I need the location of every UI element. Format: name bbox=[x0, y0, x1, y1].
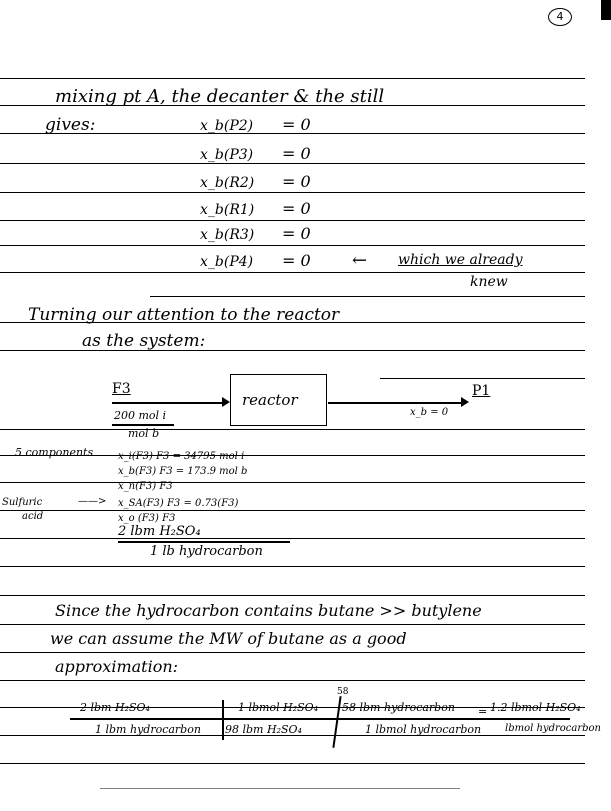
acid-label: acid bbox=[22, 512, 43, 522]
intro-line-1: mixing pt A, the decanter & the still bbox=[55, 88, 384, 106]
equation-rhs: = 0 bbox=[282, 174, 311, 190]
equation-lhs: x_b(P4) bbox=[200, 255, 253, 269]
ruled-line bbox=[0, 429, 585, 430]
calc-numerator: 58 lbm hydrocarbon bbox=[342, 702, 455, 713]
calc-fraction-bar bbox=[70, 718, 570, 720]
ruled-line bbox=[0, 245, 585, 246]
equation-rhs: = 0 bbox=[282, 226, 311, 242]
ruled-line bbox=[0, 680, 585, 681]
ruled-line bbox=[0, 595, 585, 596]
ruled-line bbox=[0, 163, 585, 164]
notebook-page: 4 mixing pt A, the decanter & the still … bbox=[0, 0, 611, 811]
outlet-condition: x_b = 0 bbox=[410, 408, 448, 418]
ruled-line bbox=[0, 482, 585, 483]
since-line-3: approximation: bbox=[55, 659, 178, 675]
calc-result-denominator: lbmol hydrocarbon bbox=[505, 724, 601, 734]
equation-lhs: x_b(R3) bbox=[200, 228, 254, 242]
sulfuric-label: Sulfuric bbox=[2, 498, 42, 508]
fraction-bar bbox=[118, 541, 290, 543]
ruled-line bbox=[0, 510, 585, 511]
equation-lhs: x_b(P2) bbox=[200, 119, 253, 133]
ratio-denominator: 1 lb hydrocarbon bbox=[150, 545, 263, 558]
component-line: x_o (F3) F3 bbox=[118, 514, 175, 524]
intro-line-2: gives: bbox=[45, 117, 95, 134]
calc-numerator: 2 lbm H₂SO₄ bbox=[80, 702, 150, 713]
ruled-line bbox=[0, 220, 585, 221]
section-line-2: as the system: bbox=[82, 333, 205, 350]
component-line: x_SA(F3) F3 = 0.73(F3) bbox=[118, 499, 238, 509]
ruled-line bbox=[150, 296, 585, 297]
calc-numerator: 1 lbmol H₂SO₄ bbox=[238, 702, 318, 713]
page-number: 4 bbox=[548, 8, 572, 26]
inlet-arrow bbox=[112, 402, 224, 404]
reactor-label: reactor bbox=[242, 393, 298, 408]
fraction-bar bbox=[112, 424, 174, 426]
ruled-line bbox=[0, 192, 585, 193]
calc-denominator: 98 lbm H₂SO₄ bbox=[225, 724, 302, 735]
ratio-numerator: 2 lbm H₂SO₄ bbox=[118, 525, 201, 538]
right-arrow-icon: ——> bbox=[78, 497, 106, 507]
outlet-stream-label: P1 bbox=[472, 384, 490, 398]
ruled-line bbox=[0, 566, 585, 567]
calc-divider bbox=[332, 696, 341, 748]
annotation-text: which we already bbox=[398, 253, 523, 267]
calc-denominator: 1 lbm hydrocarbon bbox=[95, 724, 201, 735]
calc-equals: = bbox=[478, 706, 487, 717]
since-line-2: we can assume the MW of butane as a good bbox=[50, 631, 407, 647]
ruled-line bbox=[0, 78, 585, 79]
equation-lhs: x_b(P3) bbox=[200, 148, 253, 162]
annotation-text-knew: knew bbox=[470, 275, 508, 289]
equation-lhs: x_b(R1) bbox=[200, 203, 254, 217]
ruled-line bbox=[380, 378, 585, 379]
calc-result-numerator: 1.2 lbmol H₂SO₄ bbox=[490, 702, 581, 713]
equation-rhs: = 0 bbox=[282, 201, 311, 217]
arrow-head-icon bbox=[222, 397, 230, 407]
ruled-line bbox=[0, 538, 585, 539]
equation-lhs: x_b(R2) bbox=[200, 176, 254, 190]
scan-edge-mark bbox=[601, 0, 611, 20]
ruled-line bbox=[100, 788, 460, 789]
equation-rhs: = 0 bbox=[282, 146, 311, 162]
outlet-arrow bbox=[328, 402, 463, 404]
inlet-flow-numerator: 200 mol i bbox=[114, 410, 166, 421]
section-line-1: Turning our attention to the reactor bbox=[28, 307, 339, 324]
components-label: 5 components bbox=[15, 447, 93, 458]
calc-denominator: 1 lbmol hydrocarbon bbox=[365, 724, 481, 735]
ruled-line bbox=[0, 272, 585, 273]
component-line: x_b(F3) F3 = 173.9 mol b bbox=[118, 467, 247, 477]
arrow-head-icon bbox=[461, 397, 469, 407]
ruled-line bbox=[0, 763, 585, 764]
inlet-stream-label: F3 bbox=[112, 382, 131, 396]
component-line: x_i(F3) F3 = 34795 mol i bbox=[118, 452, 244, 462]
calc-divider bbox=[222, 700, 224, 740]
inlet-flow-denominator: mol b bbox=[128, 428, 159, 439]
equation-rhs: = 0 bbox=[282, 117, 311, 133]
equation-rhs: = 0 bbox=[282, 253, 311, 269]
calc-58-label: 58 bbox=[337, 688, 348, 697]
component-line: x_n(F3) F3 bbox=[118, 482, 173, 492]
ruled-line bbox=[0, 652, 585, 653]
since-line-1: Since the hydrocarbon contains butane >>… bbox=[55, 603, 482, 619]
ruled-line bbox=[0, 624, 585, 625]
left-arrow-icon: ← bbox=[352, 252, 367, 270]
